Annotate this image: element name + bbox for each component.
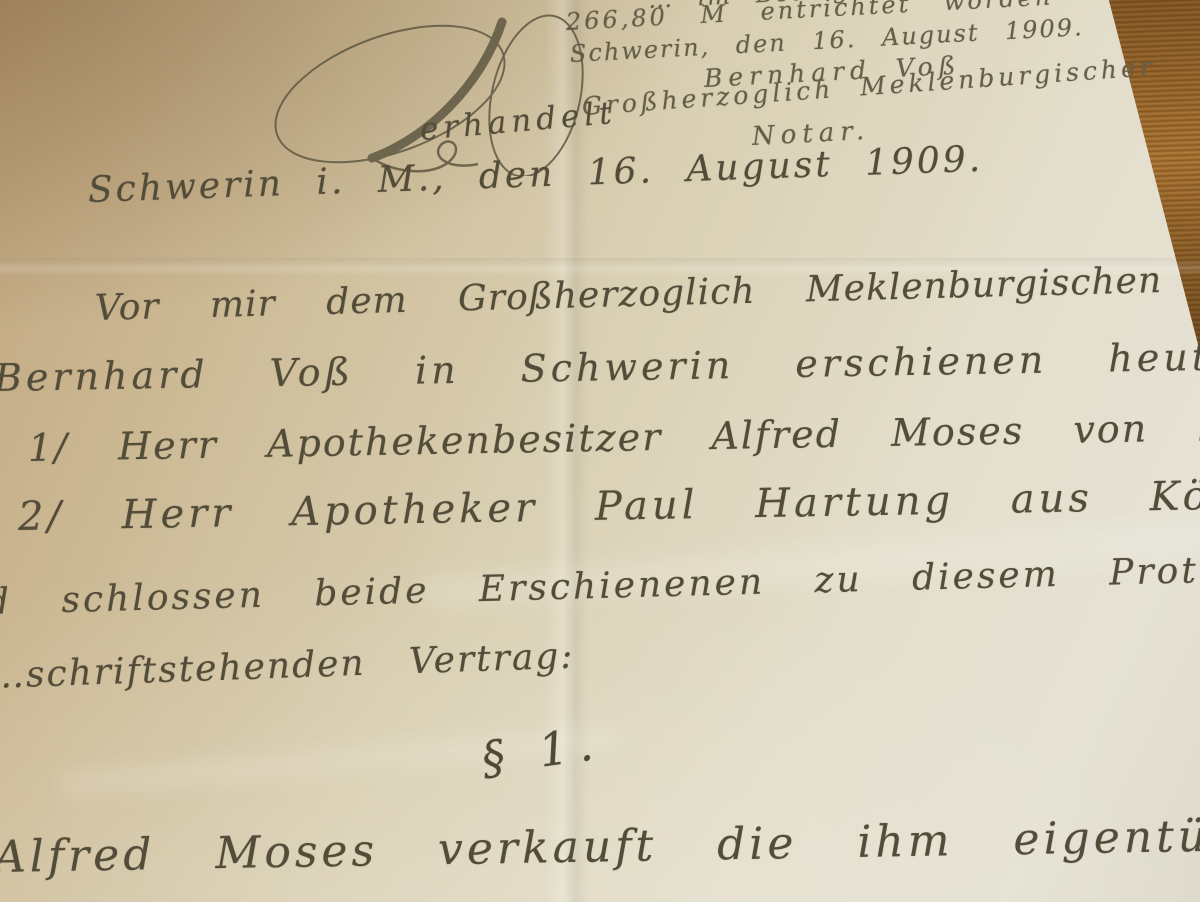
body-line-6: …schriftstehenden Vertrag:: [0, 636, 575, 697]
body-line-3: 1/ Herr Apothekenbesitzer Alfred Moses v…: [28, 404, 1200, 470]
document-photo: … im Betrage von 266,80 M entrichtet wor…: [0, 0, 1200, 902]
body-line-2: Bernhard Voß in Schwerin erschienen heut…: [0, 334, 1200, 400]
body-line-1: Vor mir dem Großherzoglich Meklenburgisc…: [94, 256, 1200, 329]
body-line-5: d schlossen beide Erschienenen zu diesem…: [0, 547, 1200, 623]
closing-line: Alfred Moses verkauft die ihm eigentümli…: [0, 808, 1200, 883]
section-mark: § 1.: [478, 715, 606, 785]
calligraphic-v-flourish-icon: [230, 6, 610, 176]
body-line-4: 2/ Herr Apotheker Paul Hartung aus Köstr…: [18, 471, 1200, 540]
